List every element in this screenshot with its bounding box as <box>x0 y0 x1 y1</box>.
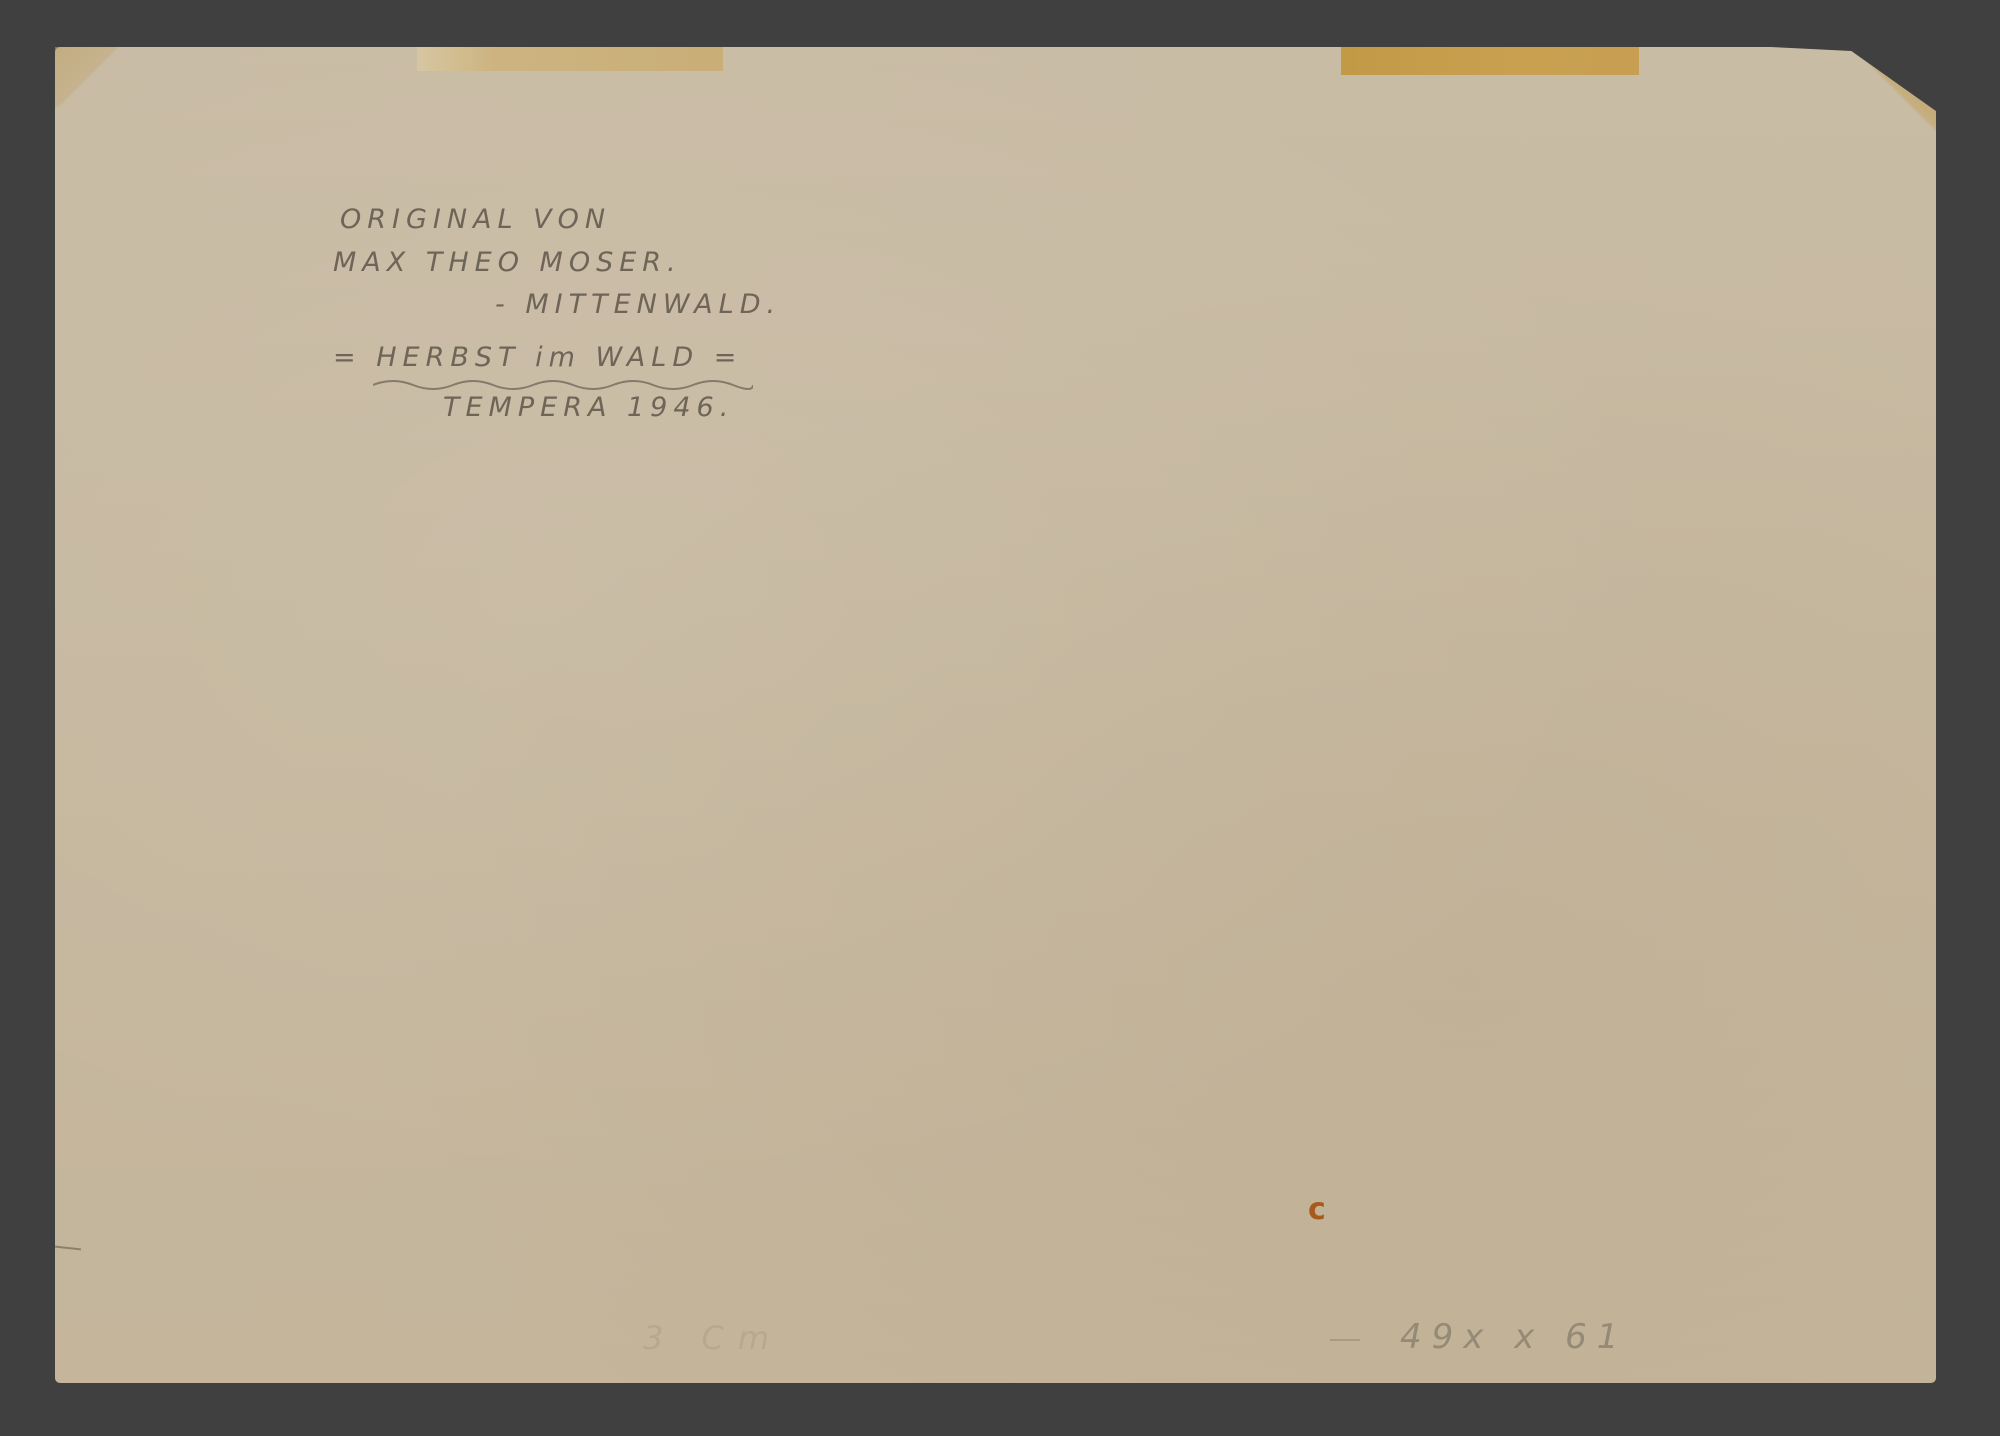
tape-strip-right <box>1341 47 1639 75</box>
inscription-line-3: - MITTENWALD. <box>495 289 781 320</box>
inscription-title: = HERBST im WALD = <box>333 342 742 373</box>
corner-fold-top-left <box>55 47 125 107</box>
stain-mark: c <box>1308 1192 1326 1227</box>
dimensions-note: 49x x 61 <box>1400 1317 1628 1357</box>
tape-strip-left <box>417 47 723 71</box>
corner-fold-top-right <box>1846 47 1936 137</box>
wavy-underline <box>373 377 753 393</box>
inscription-line-5: TEMPERA 1946. <box>443 392 734 423</box>
paper-sheet: ORIGINAL VON MAX THEO MOSER. - MITTENWAL… <box>55 47 1936 1383</box>
faint-note: 3 Cm <box>643 1319 783 1357</box>
edge-crease <box>55 1246 81 1251</box>
dimension-dash <box>1330 1339 1360 1341</box>
inscription-line-1: ORIGINAL VON <box>340 204 611 235</box>
inscription-line-2: MAX THEO MOSER. <box>333 247 682 278</box>
